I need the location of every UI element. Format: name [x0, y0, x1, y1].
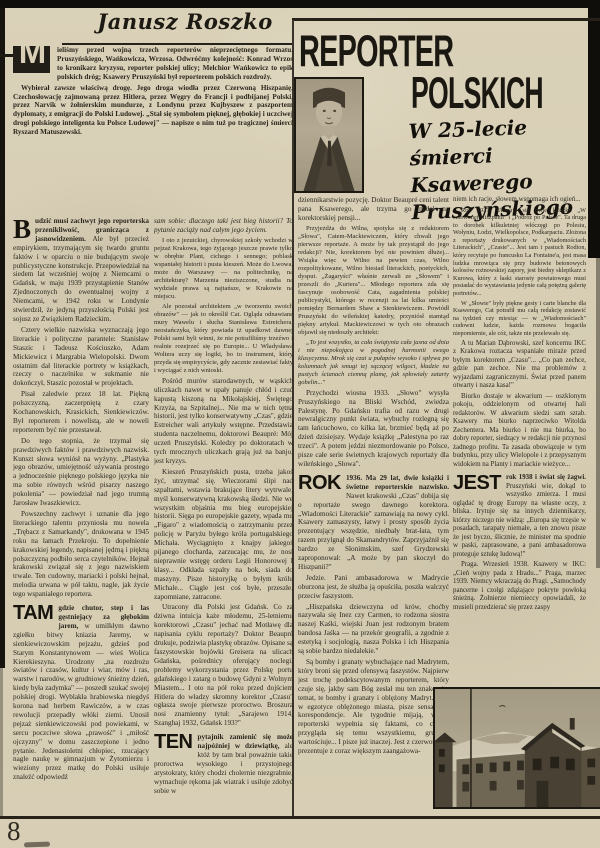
paragraph: dziennikarstwie pozycję. Doktor Beaupré … — [298, 196, 449, 223]
paragraph: Pośród murów starodawnych, w wąskich uli… — [154, 377, 293, 466]
paragraph: Praga. Wrzesień 1938. Ksawery w IKC: „Ci… — [453, 561, 586, 612]
paragraph: A tu Marian Dąbrowski, szef koncernu IKC… — [453, 340, 586, 391]
newspaper-page: Janusz Roszko REPORTER POLSKICH W 25-lec… — [0, 0, 600, 848]
paragraph: Przyjeżdża do Wilna, spotyka się z redak… — [298, 225, 449, 337]
paragraph: sam sobie: dlaczego taki jest bieg histo… — [154, 217, 293, 235]
scan-edge-left-lower — [0, 668, 3, 818]
paragraph: Wybierał zawsze właściwą drogę. Jego dro… — [13, 84, 293, 137]
paragraph: Utracony dla Polski jest Gdańsk. Co za d… — [154, 603, 293, 728]
headline-line-2: POLSKICH — [411, 69, 543, 120]
paragraph: W „Słowie" były piękne gesty i carte bla… — [453, 300, 586, 338]
dropcap-b: B — [13, 218, 31, 240]
byline: Janusz Roszko — [70, 9, 300, 35]
subtitle-line: W 25-lecie śmierci — [408, 112, 600, 173]
dropcap-m: M — [13, 46, 50, 73]
column-4: niem ich racje, słowem wspomaga ich ogie… — [453, 196, 586, 686]
paragraph: Powszechny zachwyt i uznanie dla jego li… — [13, 510, 149, 599]
footer-rule — [0, 816, 600, 819]
paragraph-lead: udzić musi zachwyt jego reporterska prze… — [35, 217, 149, 243]
paragraph-lead: gdzie chutor, step i las gęstniejący za … — [58, 604, 149, 630]
paragraph: Kieszeń Pruszyńskich pusta, trzeba jakoś… — [154, 468, 293, 602]
column-1: Budzić musi zachwyt jego reporterska prz… — [13, 217, 149, 814]
column-2: sam sobie: dlaczego taki jest bieg histo… — [154, 217, 293, 814]
headline-rule — [292, 18, 600, 21]
paragraph: Mieliśmy przed wojną trzech reporterów n… — [13, 46, 293, 82]
paragraph: Rok 1937. Ukazują się dwie książki: „W c… — [453, 207, 586, 298]
paragraph: I oto z jezuickiej, chyrowskiej szkoły w… — [154, 237, 293, 301]
paragraph-lead: pytajnik zamienić się może najpóźniej w … — [198, 733, 294, 750]
landscape-illustration — [435, 689, 600, 807]
portrait-photo — [294, 77, 364, 193]
paragraph: TAMgdzie chutor, step i las gęstniejący … — [13, 604, 149, 782]
scan-edge-left — [0, 8, 5, 668]
scan-edge-right-lower — [596, 258, 600, 568]
page-number: 8 — [7, 817, 21, 845]
paragraph: ROK1936. Ma 29 lat, dwie książki i świet… — [298, 474, 449, 572]
column-3: dziennikarstwie pozycję. Doktor Beaupré … — [298, 196, 449, 812]
paragraph: JESTrok 1938 i świat się żagwi. Pruszyńs… — [453, 474, 586, 559]
paragraph: Biurko dostaje w akwarium — oszklonym po… — [453, 393, 586, 470]
paragraph: TENpytajnik zamienić się może najpóźniej… — [154, 733, 293, 795]
dropcap-ten: TEN — [154, 734, 193, 751]
landscape-photo — [433, 687, 600, 809]
lead-paragraphs: Mieliśmy przed wojną trzech reporterów n… — [13, 46, 293, 216]
paragraph: „To jest wszystko, ta cała świątynia cał… — [298, 339, 449, 387]
paragraph: niem ich racje, słowem wspomaga ich ogie… — [453, 196, 586, 205]
paragraph-lead: rok 1938 i świat się żagwi. — [506, 474, 586, 481]
margin-dash — [0, 54, 14, 57]
paragraph: Do tego stopnia, że trzymał się prawdziw… — [13, 437, 149, 508]
paragraph: Budzić musi zachwyt jego reporterska prz… — [13, 217, 149, 324]
ink-smudge — [24, 842, 50, 848]
paragraph: Ale pozostał architektem „w tworzeniu sw… — [154, 303, 293, 375]
scan-edge-top — [0, 0, 600, 8]
paragraph: „Hiszpańska dziewczyna od krów, choćby n… — [298, 603, 449, 656]
dropcap-rok: ROK — [298, 475, 341, 492]
dropcap-tam: TAM — [13, 605, 53, 622]
paragraph: Przychodzi wiosna 1933. „Słowo" wysyła P… — [298, 389, 449, 469]
paragraph: Pisał zaledwie przez 18 lat. Piękną pols… — [13, 390, 149, 435]
paragraph: Są bomby i granaty wybuchające nad Madry… — [298, 658, 449, 756]
byline-rule — [62, 43, 293, 45]
paragraph: Jedzie. Pani ambasadorowa w Madrycie obu… — [298, 574, 449, 601]
dropcap-jest: JEST — [453, 475, 501, 492]
portrait-illustration — [296, 79, 362, 191]
paragraph-lead: 1936. Ma 29 lat, dwie książki i świetne … — [346, 474, 449, 491]
paragraph: Cztery wielkie nazwiska wyznaczają jego … — [13, 326, 149, 388]
